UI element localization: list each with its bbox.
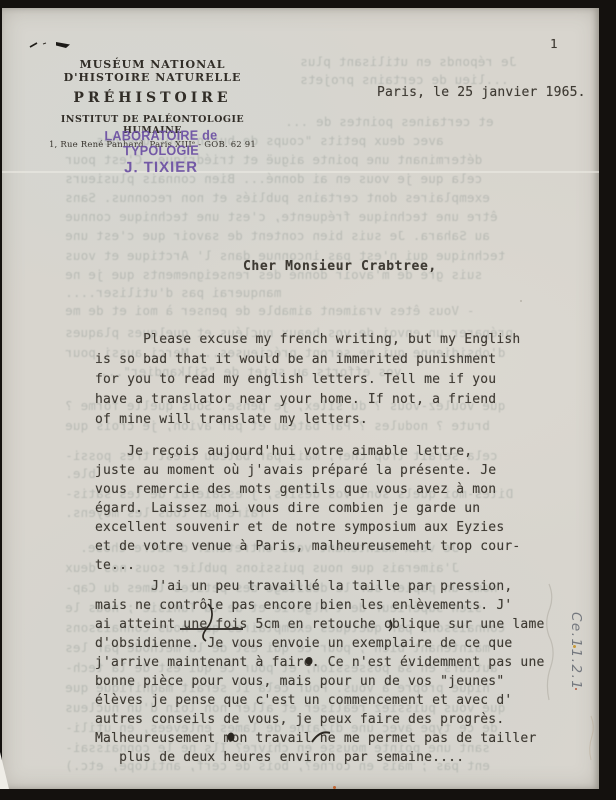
bleedthrough-line: et certaines pointes de ... bbox=[285, 114, 494, 129]
bleedthrough-line: être une technique fréquente, c'est une … bbox=[65, 209, 498, 224]
page-number: 1 bbox=[550, 36, 558, 51]
paper-speck bbox=[573, 645, 576, 648]
paragraph-knapping: J'ai un peu travaillé la taille par pres… bbox=[95, 577, 545, 767]
paragraph-thanks: Je reçois aujourd'hui votre aimable lett… bbox=[95, 442, 520, 575]
paragraph-english: Please excuse my french writing, but my … bbox=[95, 330, 520, 430]
paper-speck bbox=[575, 688, 577, 690]
bleedthrough-line: ble. bbox=[65, 466, 96, 481]
archive-number-annotation: Ce.11.2.1 bbox=[568, 612, 584, 690]
bleedthrough-line: - Vous êtes vraiment aimable de penser à… bbox=[65, 303, 474, 318]
paper-speck bbox=[333, 786, 336, 789]
bleedthrough-line: manquerai pas d'utiliser.... bbox=[65, 285, 281, 300]
scanned-letter-page: Je réponds en utilisant plus...lieu de c… bbox=[0, 0, 616, 800]
letterhead-department: PRÉHISTOIRE bbox=[40, 90, 265, 106]
bleedthrough-line: Je réponds en utilisant plus bbox=[300, 54, 516, 69]
bleedthrough-line: exemplaires dont certains publiés et non… bbox=[65, 190, 490, 205]
stamp-laboratory-line: LABORATOIRE de TYPOLOGIE bbox=[75, 127, 246, 158]
letterhead-institution: MUSÉUM NATIONAL D'HISTOIRE NATURELLE bbox=[40, 58, 265, 84]
underline-une-fois bbox=[180, 628, 243, 630]
salutation: Cher Monsieur Crabtree, bbox=[243, 259, 437, 274]
paper-speck bbox=[520, 300, 522, 302]
laboratory-stamp: LABORATOIRE de TYPOLOGIE J. TIXIER bbox=[70, 127, 252, 176]
stamp-name-line: J. TIXIER bbox=[70, 158, 252, 176]
date-line: Paris, le 25 janvier 1965. bbox=[377, 85, 586, 100]
bleedthrough-line: au Sahara. Je suis bien content de savoi… bbox=[65, 228, 490, 243]
